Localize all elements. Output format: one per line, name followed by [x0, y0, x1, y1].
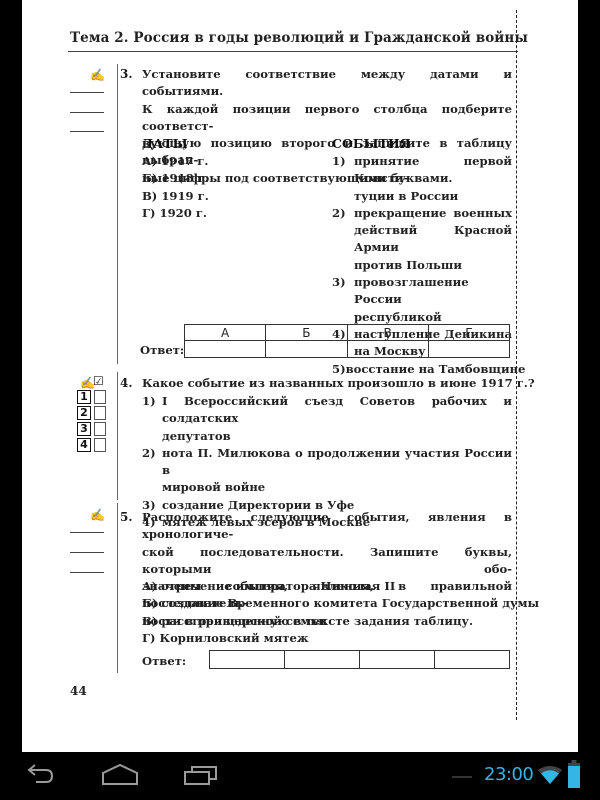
blank-line: [70, 572, 104, 573]
option-number-box: 3: [77, 422, 91, 436]
event-item: 1) принятие первой Консти- туции в Росси…: [332, 153, 512, 205]
event-item: Г) Корниловский мятеж: [142, 630, 539, 647]
event-item: 2) прекращение военных действий Красной …: [332, 205, 512, 274]
question-5-items: А) отречение императора Николая II Б) со…: [142, 578, 539, 647]
answer-cell[interactable]: [347, 341, 428, 358]
answer-cell[interactable]: [266, 341, 347, 358]
answer-checkbox[interactable]: [94, 422, 106, 436]
col-header: Б: [266, 325, 347, 341]
answer-checkbox[interactable]: [94, 438, 106, 452]
option-number-box: 4: [77, 438, 91, 452]
answer-cell[interactable]: [360, 651, 435, 669]
blank-line: [70, 131, 104, 132]
header-divider: [68, 51, 518, 52]
margin-line: [117, 372, 118, 500]
col-header: Г: [428, 325, 509, 341]
margin-line: [117, 64, 118, 364]
book-page: Тема 2. Россия в годы революций и Гражда…: [22, 0, 578, 752]
answer-boxes-q4: 1 2 3 4: [77, 390, 106, 452]
blank-line: [70, 552, 104, 553]
events-header: СОБЫТИЯ: [332, 136, 411, 151]
blank-line: [70, 92, 104, 93]
pen-icon: ✍: [90, 68, 105, 82]
question-4-text: Какое событие из названных произошло в и…: [142, 375, 535, 392]
clock[interactable]: 23:00: [484, 764, 533, 785]
answer-table-q5: [209, 650, 510, 669]
pen-icon: ✍: [90, 508, 105, 522]
answer-checkbox[interactable]: [94, 406, 106, 420]
answer-table-q3: А Б В Г: [184, 324, 510, 358]
wifi-icon[interactable]: [538, 765, 562, 789]
page-number: 44: [70, 684, 87, 698]
back-icon: [22, 762, 58, 788]
answer-label: Ответ:: [142, 654, 186, 668]
option-number-box: 2: [77, 406, 91, 420]
blank-line: [70, 532, 104, 533]
answer-checkbox[interactable]: [94, 390, 106, 404]
answer-cell[interactable]: [428, 341, 509, 358]
question-3-number: 3.: [120, 67, 133, 81]
option-item: 2) нота П. Милюкова о продолжении участи…: [142, 445, 512, 497]
question-5-number: 5.: [120, 510, 133, 524]
checkmark-box-icon: ☑: [93, 374, 104, 388]
notification-indicator[interactable]: [452, 776, 472, 778]
option-number-box: 1: [77, 390, 91, 404]
event-item: В) расстрел царской семьи: [142, 613, 539, 630]
dates-header: ДАТЫ: [142, 136, 188, 151]
home-icon: [100, 762, 140, 788]
blank-line: [70, 112, 104, 113]
margin-line: [117, 503, 118, 673]
answer-cell[interactable]: [185, 341, 266, 358]
event-item: А) отречение императора Николая II: [142, 578, 539, 595]
home-button[interactable]: [100, 762, 140, 792]
back-button[interactable]: [22, 762, 58, 792]
answer-cell[interactable]: [435, 651, 510, 669]
recents-button[interactable]: [182, 762, 222, 792]
answer-cell[interactable]: [285, 651, 360, 669]
date-item: В) 1919 г.: [142, 188, 209, 205]
date-item: Б) 1918 г.: [142, 170, 209, 187]
date-item: А) 1917 г.: [142, 153, 209, 170]
answer-cell[interactable]: [210, 651, 285, 669]
option-item: 1) I Всероссийский съезд Советов рабочих…: [142, 393, 512, 445]
date-item: Г) 1920 г.: [142, 205, 209, 222]
recents-icon: [182, 762, 222, 788]
question-4-number: 4.: [120, 376, 133, 390]
col-header: В: [347, 325, 428, 341]
system-navigation-bar: 23:00: [0, 752, 600, 800]
event-item: Б) создание Временного комитета Государс…: [142, 595, 539, 612]
chapter-title: Тема 2. Россия в годы революций и Гражда…: [70, 30, 528, 46]
dates-list: А) 1917 г. Б) 1918 г. В) 1919 г. Г) 1920…: [142, 153, 209, 222]
col-header: А: [185, 325, 266, 341]
battery-icon[interactable]: [568, 760, 580, 792]
event-item: 3) провозглашение России республикой: [332, 274, 512, 326]
answer-label: Ответ:: [140, 343, 184, 357]
